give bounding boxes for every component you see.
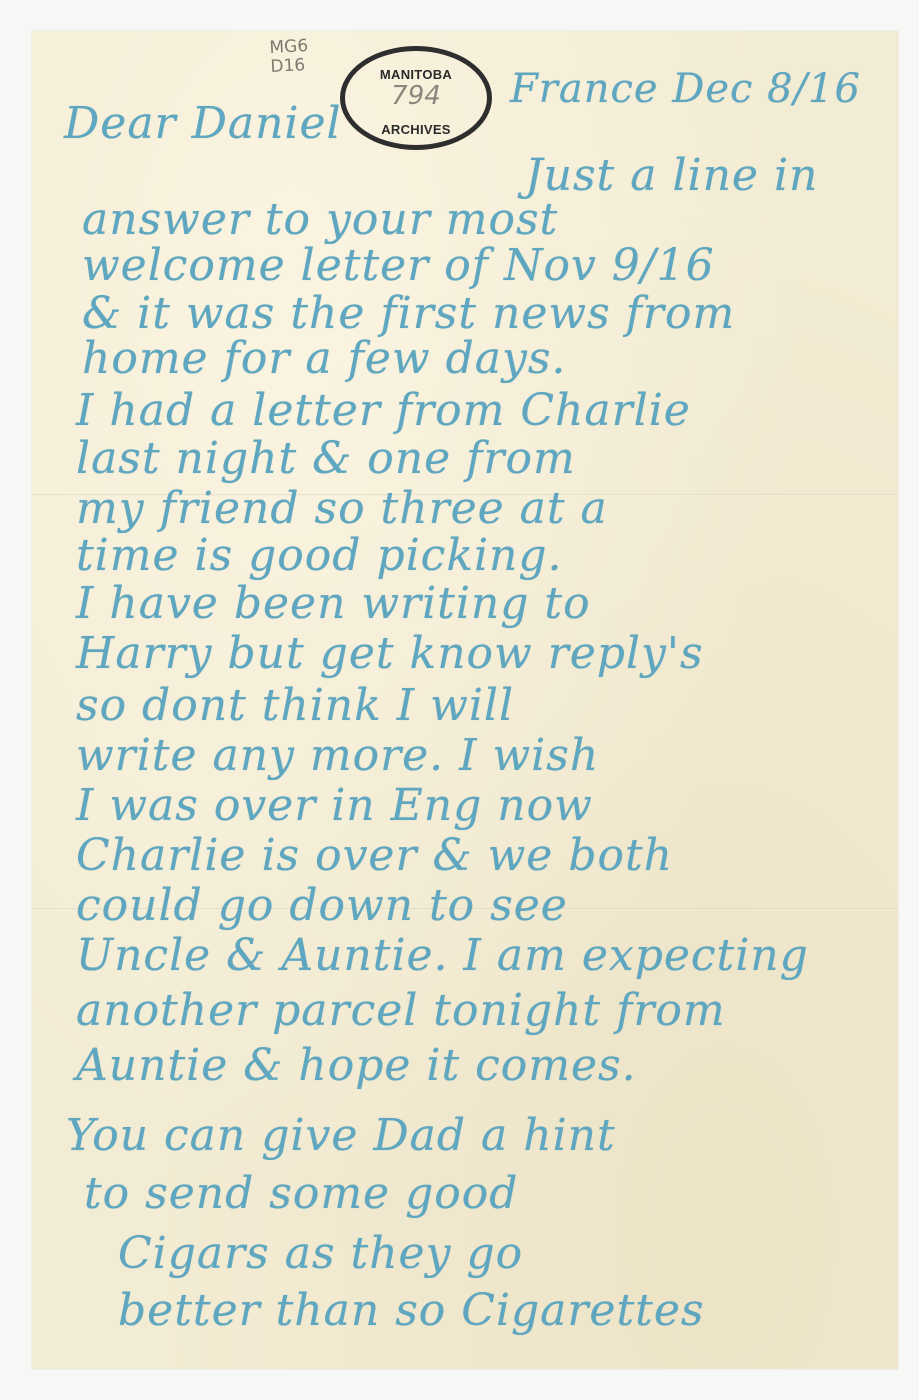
letter-line: better than so Cigarettes [118,1285,704,1336]
letter-line: so dont think I will [76,680,514,731]
letter-line: You can give Dad a hint [66,1110,616,1161]
letter-line: home for a few days. [82,333,566,384]
letter-line: last night & one from [76,433,576,484]
manitoba-archives-stamp: MANITOBA 794 ARCHIVES [340,46,492,150]
letter-line: Auntie & hope it comes. [76,1040,637,1091]
letter-line: Charlie is over & we both [76,830,673,881]
letter-place-date: France Dec 8/16 [510,66,861,112]
letter-line: time is good picking. [76,530,563,581]
letter-line: I was over in Eng now [76,780,593,831]
letter-line: I have been writing to [76,578,591,629]
letter-salutation: Dear Daniel [64,98,342,149]
scanned-letter: MG6 D16 MANITOBA 794 ARCHIVES France Dec… [0,0,919,1400]
letter-line: to send some good [84,1168,518,1219]
letter-line: write any more. I wish [76,730,599,781]
letter-line: my friend so three at a [76,483,608,534]
letter-line: answer to your most [82,194,558,245]
stamp-bottom-text: ARCHIVES [345,122,487,137]
letter-line: Just a line in [525,150,818,201]
archive-catalog-note: MG6 D16 [269,37,310,77]
letter-line: I had a letter from Charlie [76,385,691,436]
letter-line: Harry but get know reply's [76,628,704,679]
stamp-number: 794 [345,81,487,111]
letter-line: Uncle & Auntie. I am expecting [76,930,809,981]
letter-line: another parcel tonight from [76,985,726,1036]
letter-line: & it was the first news from [82,288,735,339]
letter-line: Cigars as they go [118,1228,523,1279]
letter-line: welcome letter of Nov 9/16 [82,240,715,291]
stamp-top-text: MANITOBA [345,67,487,82]
letter-line: could go down to see [76,880,568,931]
